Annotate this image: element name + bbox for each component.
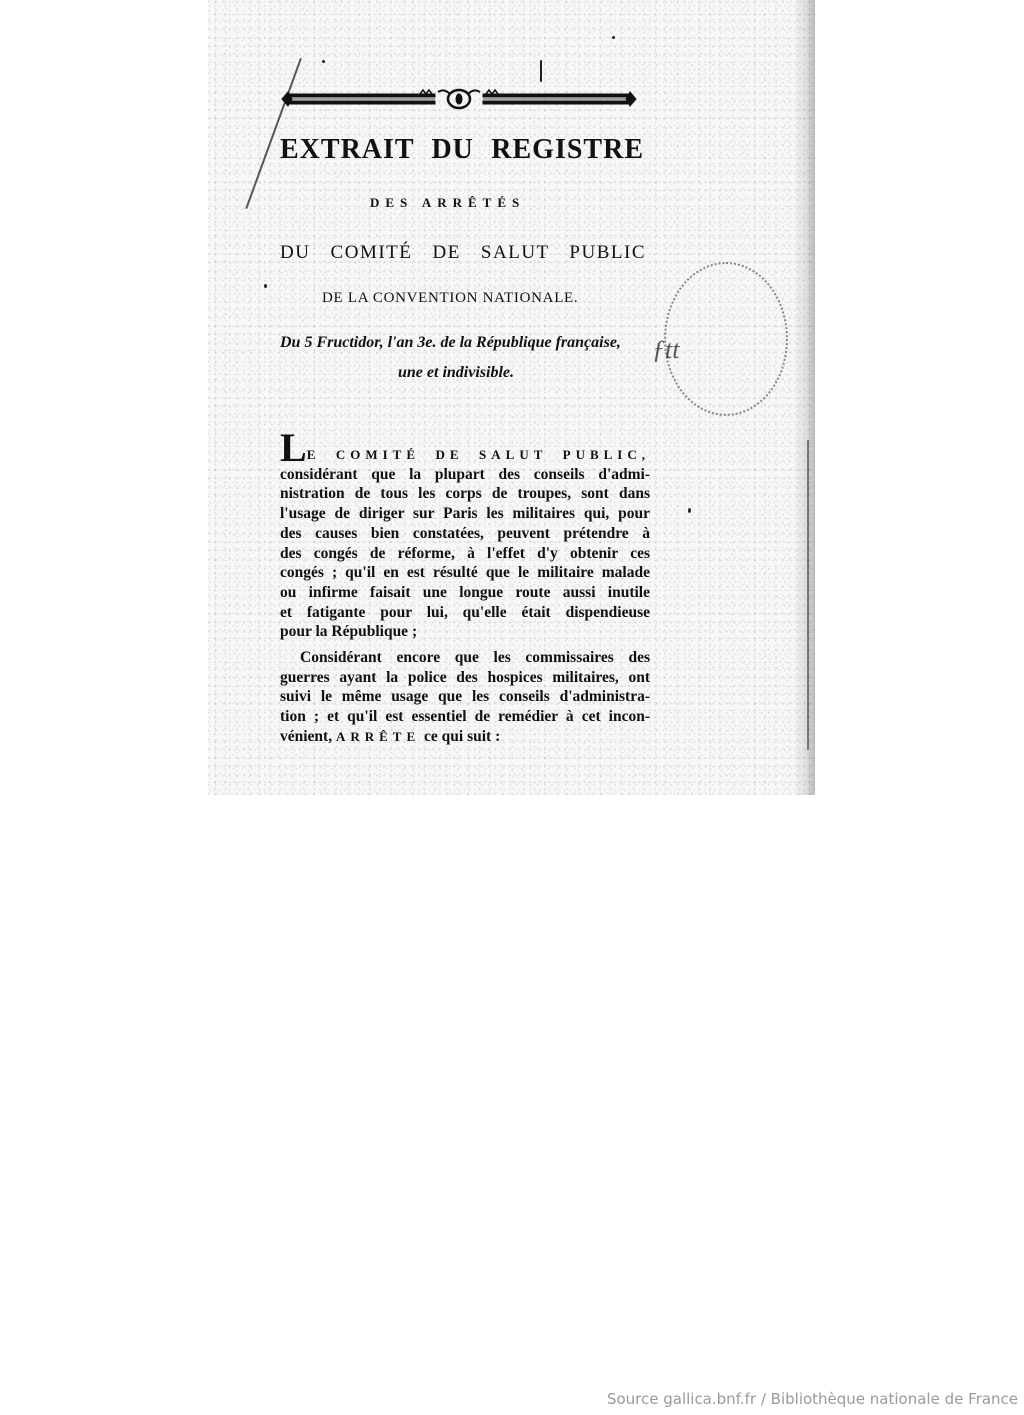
subtitle-des-arretes: DES ARRÊTÉS <box>370 195 552 211</box>
date-line: Du 5 Fructidor, l'an 3e. de la Républiqu… <box>280 334 650 352</box>
text-line: suivi le même usage que les conseils d'a… <box>280 687 650 707</box>
page-edge-line <box>807 440 809 750</box>
paragraph-considerant: Considérant encore que les commissaires … <box>280 648 650 747</box>
text-line: et fatigante pour lui, qu'elle était dis… <box>280 603 650 623</box>
text-line: nistration de tous les corps de troupes,… <box>280 484 650 504</box>
text-line-arrete: vénient, ARRÊTE ce qui suit : <box>280 727 650 747</box>
ink-speck <box>612 36 615 39</box>
text-line: pour la République ; <box>280 622 650 642</box>
text-line: tion ; et qu'il est essentiel de remédie… <box>280 707 650 727</box>
text-line: ou infirme faisait une longue route auss… <box>280 583 650 603</box>
ink-speck <box>688 508 691 513</box>
opening-smallcaps: E COMITÉ DE SALUT PUBLIC, <box>307 447 650 462</box>
library-stamp <box>664 262 788 416</box>
text-line: l'usage de diriger sur Paris les militai… <box>280 504 650 524</box>
text-line: Considérant encore que les commissaires … <box>280 648 650 668</box>
text-line: des congés de réforme, à l'effet d'y obt… <box>280 544 650 564</box>
source-credit: Source gallica.bnf.fr / Bibliothèque nat… <box>607 1390 1018 1408</box>
paragraph-preamble: LE COMITÉ DE SALUT PUBLIC, considérant q… <box>280 438 650 642</box>
subtitle-convention: DE LA CONVENTION NATIONALE. <box>322 290 622 307</box>
text-fragment: vénient, <box>280 728 332 745</box>
page-edge-shadow <box>793 0 815 795</box>
document-title: EXTRAIT DU REGISTRE <box>280 134 644 166</box>
paragraph-opening-line: LE COMITÉ DE SALUT PUBLIC, <box>280 438 650 465</box>
text-line: congés ; qu'il en est résulté que le mil… <box>280 563 650 583</box>
ink-speck <box>264 284 267 288</box>
ink-speck <box>540 60 542 82</box>
date-line-continued: une et indivisible. <box>398 364 514 382</box>
text-line: guerres ayant la police des hospices mil… <box>280 668 650 688</box>
subtitle-comite: DU COMITÉ DE SALUT PUBLIC <box>280 242 646 264</box>
text-fragment: ce qui suit : <box>424 728 500 745</box>
drop-cap: L <box>280 425 307 470</box>
handwritten-mark: ƒtt <box>652 335 679 365</box>
ink-speck <box>322 60 325 63</box>
text-line: des causes bien constatées, peuvent prét… <box>280 524 650 544</box>
arrete-smallcaps: ARRÊTE <box>336 729 420 744</box>
text-line: considérant que la plupart des conseils … <box>280 465 650 485</box>
decorative-rule-ornament <box>280 88 638 110</box>
